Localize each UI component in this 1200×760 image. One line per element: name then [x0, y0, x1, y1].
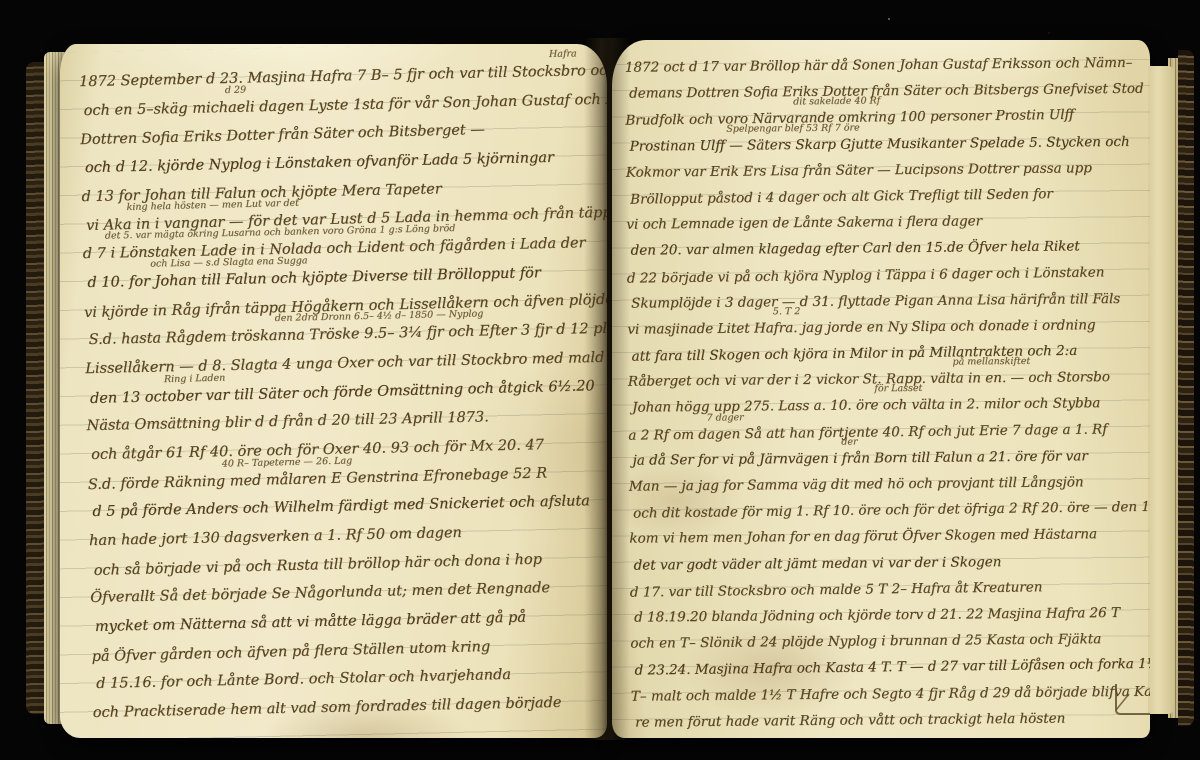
manuscript-line-text: vi masjinade Litet Hafra. jag jorde en N… [627, 317, 1095, 337]
interlinear-note: der [841, 437, 857, 447]
manuscript-line-text: 1872 oct d 17 var Bröllop här då Sonen J… [625, 55, 1133, 76]
dust-speck [888, 18, 890, 20]
manuscript-line-text: S.d. hasta Rågdem tröskanna Tröske 9.5– … [89, 320, 607, 348]
interlinear-note: 7 dager [706, 413, 743, 423]
manuscript-line-text: och Pracktiserade hem alt vad som fordra… [93, 695, 562, 721]
interlinear-note: och Lisa — s.d Slagta ena Sugga [150, 256, 307, 269]
manuscript-line-text: Öfverallt Så det började Se Någorlunda u… [90, 580, 550, 606]
interlinear-note: d 29 [225, 85, 246, 95]
manuscript-line-text: och d 12. kjörde Nyplog i Lönstaken ofva… [85, 150, 554, 176]
manuscript-line-text: Prostinan Ulff — Säters Skarp Gjutte Mus… [630, 133, 1130, 154]
manuscript-line-text: Johan högg upp 275. Lass a. 10. öre och … [632, 396, 1100, 416]
interlinear-note: den 2dra Dronn 6.5– 4½ d– 1850 — Nyplog [275, 310, 484, 325]
manuscript-line-text: re men förut hade varit Räng och vått oc… [635, 710, 1065, 730]
manuscript-line-text: Man — ja jag for Samma väg dit med hö oc… [629, 474, 1084, 494]
manuscript-line-text: och så började vi på och Rusta till bröl… [94, 551, 543, 578]
manuscript-line-text: han hade jort 130 dagsverken a 1. Rf 50 … [89, 525, 462, 549]
manuscript-line-text: och dit kostade för mig 1. Rf 10. öre oc… [633, 499, 1150, 522]
next-page-sliver [1148, 66, 1174, 714]
manuscript-line-text: Råberget och vi var der i 2 vickor St. R… [628, 369, 1110, 390]
manuscript-line: re men förut hade varit Räng och vått oc… [631, 704, 1150, 736]
manuscript-line-text: det var godt väder alt jämt medan vi var… [634, 554, 1002, 574]
interlinear-note: på mellanskiftet [952, 357, 1030, 368]
manuscript-line-text: Kokmor var Erik Ers Lisa från Säter — Lu… [626, 160, 1092, 180]
photo-background: Hafra 1872 September d 23. Masjina Hafra… [0, 0, 1200, 760]
manuscript-line-text: kom vi hem men Johan for en dag förut Öf… [629, 527, 1097, 547]
interlinear-note: för Lasset [874, 384, 922, 394]
manuscript-line-text: a 2 Rf om dagen Så att han förtjente 40.… [628, 421, 1107, 443]
manuscript-line-text: mycket om Nätterna så att vi måtte lägga… [95, 610, 526, 635]
book-block-edge-right [1178, 50, 1194, 726]
manuscript-line-text: Nästa Omsättning blir d d från d 20 till… [86, 410, 489, 435]
manuscript-line-text: den 20. var almen klagedag efter Carl de… [631, 239, 1080, 259]
manuscript-line-text: S.d. förde Räkning med målaren E Genstri… [88, 465, 548, 493]
manuscript-line-text: T– malt och malde 1½ T Hafre och Segto 4… [631, 683, 1150, 704]
manuscript-line-text: demans Dottren Sofia Eriks Dotter från S… [629, 81, 1144, 102]
manuscript-line-text: på Öfver gården och äfven på flera Ställ… [91, 639, 490, 665]
right-page-text: 1872 oct d 17 var Bröllop här då Sonen J… [625, 49, 1150, 735]
interlinear-note: 5. T 2 [773, 307, 801, 317]
manuscript-line-text: och en T– Slönik d 24 plöjde Nyplog i br… [630, 631, 1101, 652]
interlinear-note: 40 R– Tapeterne — 26. Lag [222, 456, 353, 469]
interlinear-note: Spelpengar blef 53 Rf 7 öre [726, 123, 859, 134]
manuscript-line-text: d 18.19.20 blanda Jödning och kjörde tor… [634, 605, 1120, 626]
manuscript-line-text: Dottren Sofia Eriks Dotter från Säter oc… [80, 122, 485, 148]
manuscript-line-text: Lissellåkern — d 8. Slagta 4 unga Oxer o… [85, 350, 604, 377]
diary-right-page: 1872 oct d 17 var Bröllop här då Sonen J… [612, 40, 1150, 738]
interlinear-note: Hafra [549, 49, 577, 60]
manuscript-line-text: ja då Ser for vi på Järnvägen i från Bor… [633, 448, 1088, 468]
manuscript-line-text: d 5 på förde Anders och Wilhelm färdigt … [92, 493, 590, 520]
manuscript-line-text: vi och Lemnade igen de Lånte Sakerna i f… [626, 213, 982, 232]
manuscript-line-text: Skumplöjde i 3 dager — d 31. flyttade Pi… [631, 291, 1120, 312]
folded-corner-mark [1112, 684, 1150, 720]
interlinear-note: king hela hösten — men Lut var det [126, 199, 299, 213]
manuscript-line-text: d 22 började vi på och kjöra Nyplog i Tä… [627, 264, 1105, 286]
interlinear-note: dit sakelade 40 Rf [793, 97, 880, 108]
manuscript-line-text: d 23.24. Masjina Hafra och Kasta 4 T. T … [635, 656, 1150, 679]
manuscript-line-text: d 15.16. for och Lånte Bord. och Stolar … [96, 667, 511, 692]
manuscript-line-text: Bröllopput påstod i 4 dager och alt Gick… [630, 186, 1053, 208]
left-page-text: Hafra 1872 September d 23. Masjina Hafra… [79, 56, 607, 728]
manuscript-line-text: d 17. var till Stocksbro och malde 5 T 2… [630, 579, 1043, 600]
interlinear-note: Ring i Laden [164, 373, 225, 385]
diary-left-page: Hafra 1872 September d 23. Masjina Hafra… [60, 44, 607, 738]
book-block-edge-left [26, 62, 46, 714]
manuscript-line-text: 1872 September d 23. Masjina Hafra 7 B– … [79, 61, 607, 91]
